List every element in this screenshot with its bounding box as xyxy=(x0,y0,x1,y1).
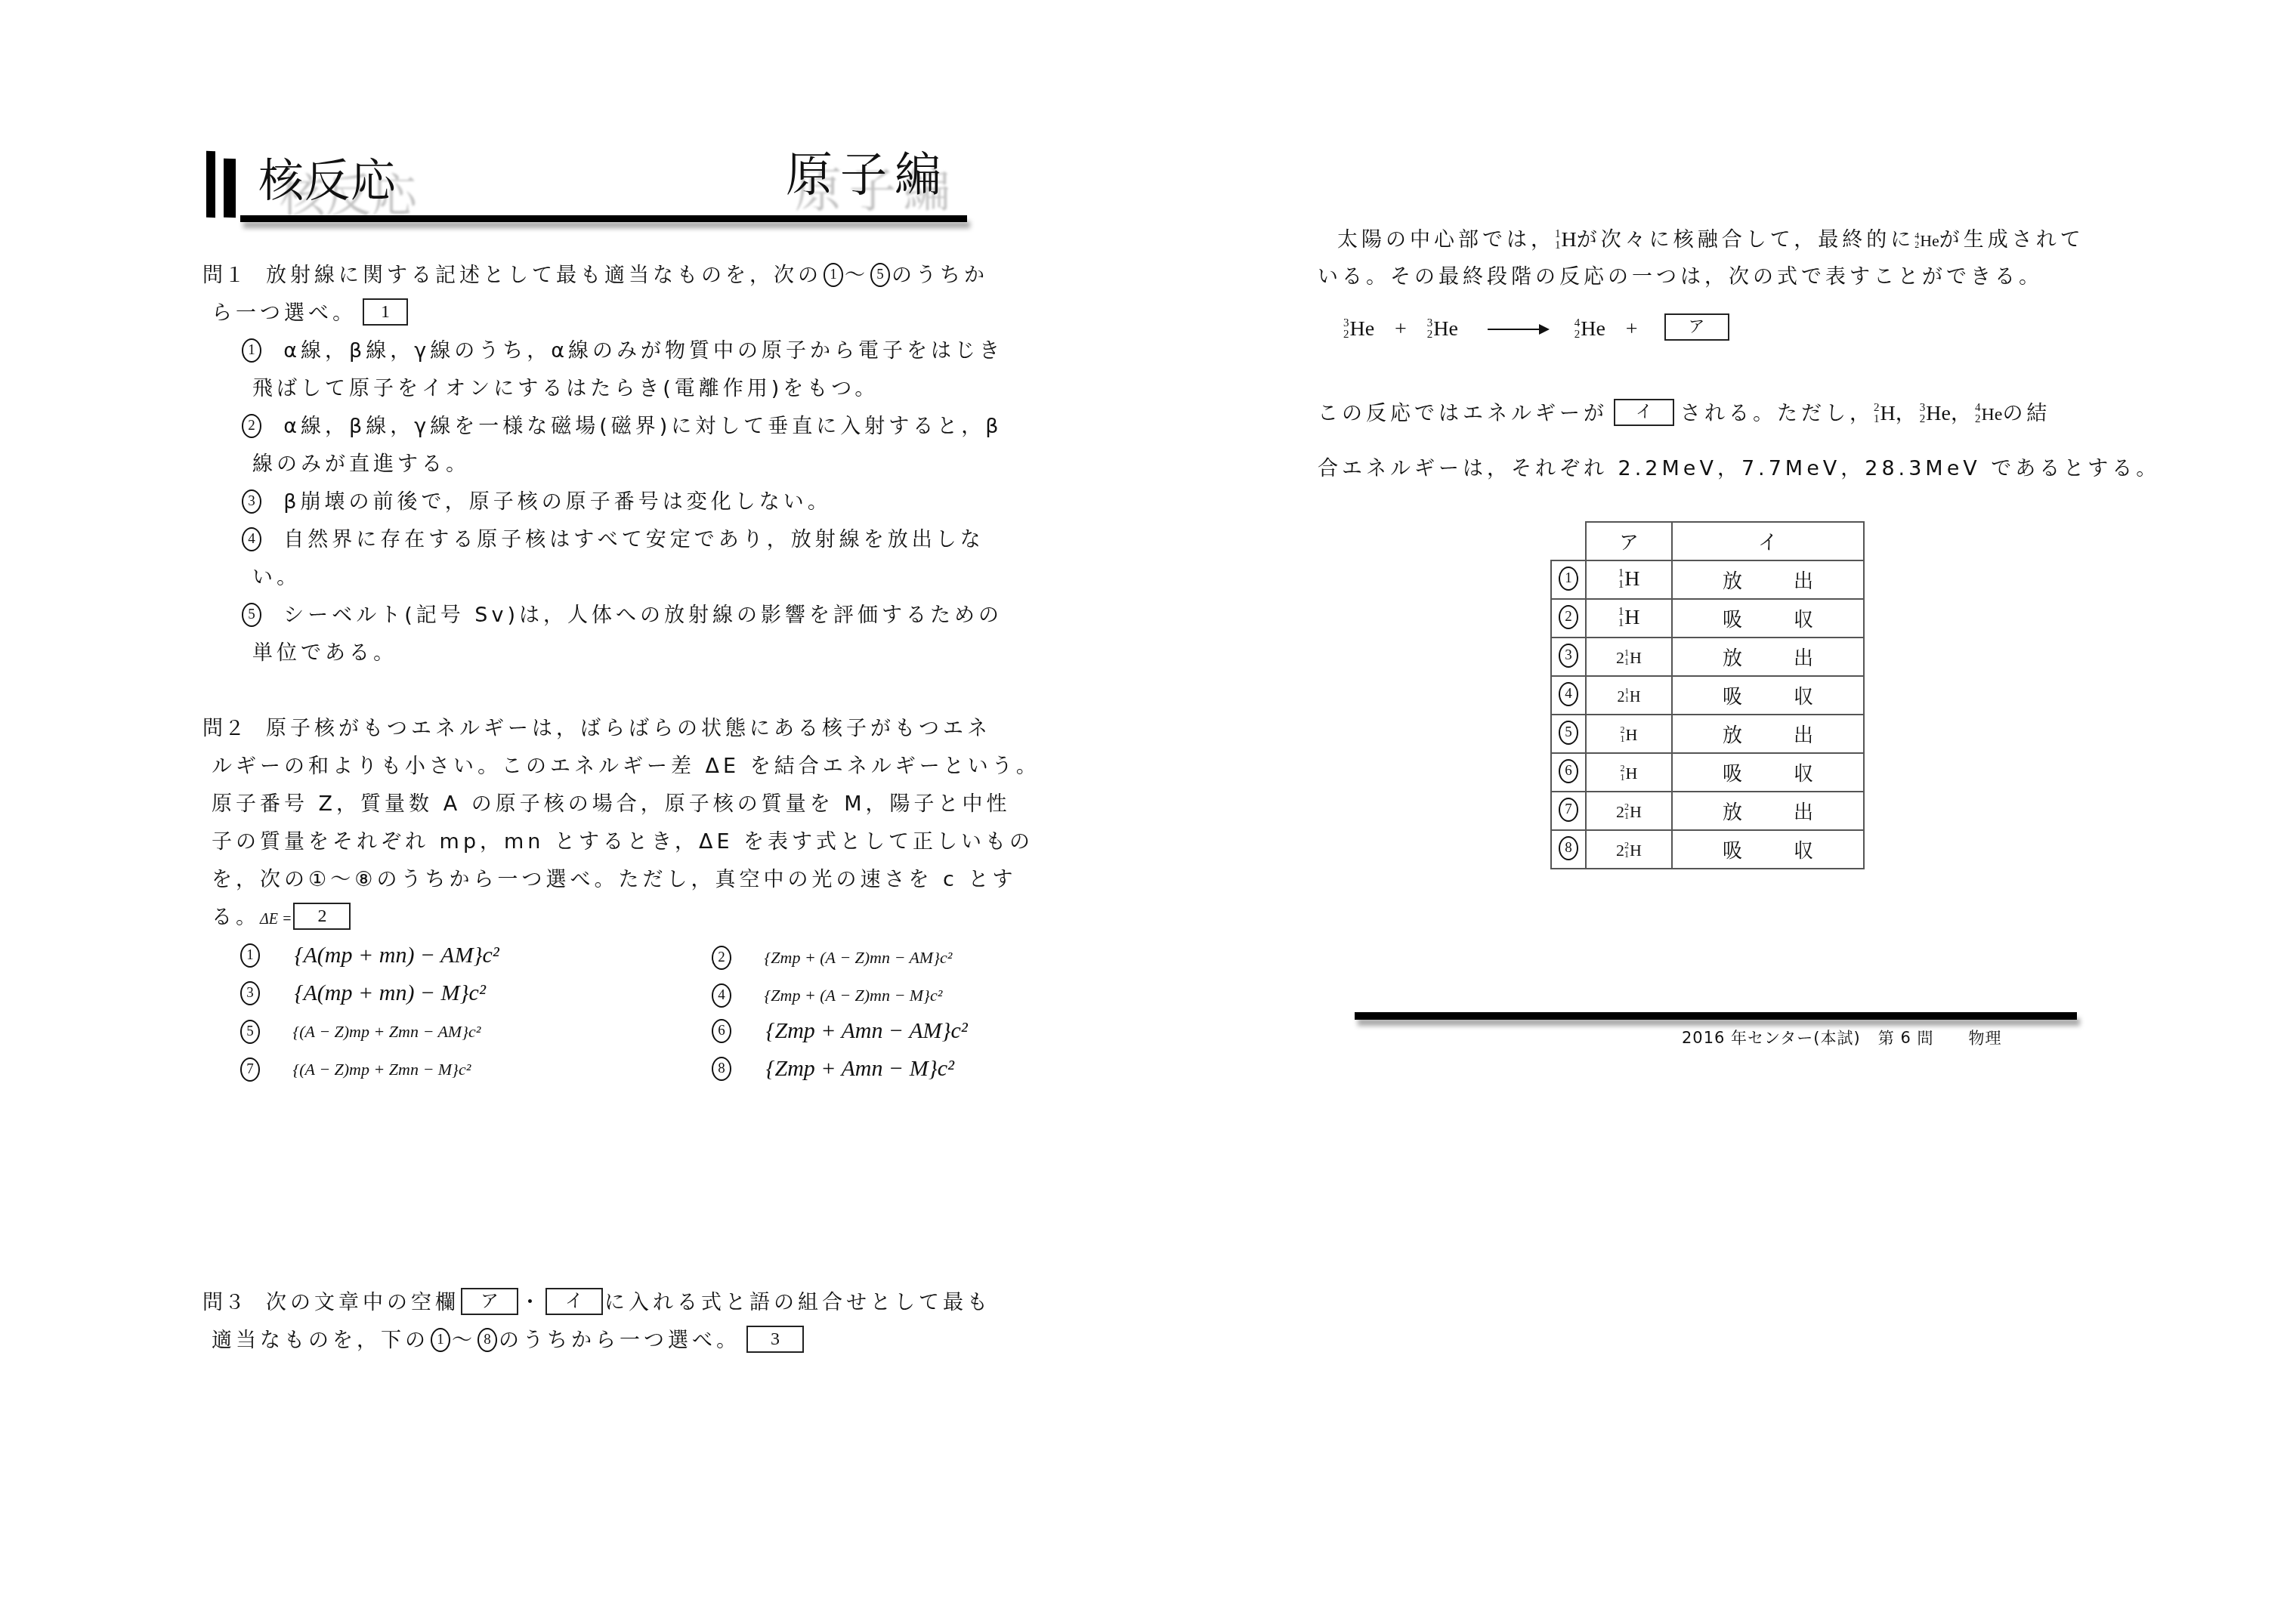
nuclide-h1: 11H xyxy=(1555,221,1577,259)
q2-choice-5[interactable]: 5 {(A − Z)mp + Zmn − AM}c² xyxy=(239,1021,481,1045)
q1-prompt-line2: ら一つ選べ。1 xyxy=(212,295,414,332)
q1-choice-2[interactable]: 2 α線，β線，γ線を一様な磁場(磁界)に対して垂直に入射すると，β xyxy=(240,408,1002,446)
answer-options-table: ア イ 1 11H 放出 2 11H 吸収 3 211H 放出 4 211H 吸… xyxy=(1550,521,1865,869)
passage-text: が生成されて xyxy=(1939,228,2084,252)
circled-number: 4 xyxy=(1559,682,1578,706)
nuclide-he4: 42He xyxy=(1575,317,1605,342)
plus-sign: + xyxy=(1395,317,1407,341)
header-accent-bar xyxy=(206,151,215,218)
q2-choice-8[interactable]: 8 {Zmp + Amn − M}c² xyxy=(710,1056,954,1082)
plus-sign: + xyxy=(1626,317,1638,341)
cell-i: 放出 xyxy=(1672,638,1864,676)
table-row[interactable]: 8 221H 吸収 xyxy=(1551,830,1864,869)
passage-text: 太陽の中心部では， xyxy=(1337,228,1555,252)
circled-number: 3 xyxy=(1559,644,1578,668)
table-header-a: ア xyxy=(1586,522,1672,560)
cell-i: 吸収 xyxy=(1672,599,1864,638)
answer-box-3[interactable]: 3 xyxy=(746,1326,804,1353)
footer-rule xyxy=(1355,1012,2077,1020)
cell-a: 21H xyxy=(1586,715,1672,753)
q3-prompt-line2: 適当なものを，下の1〜8のうちから一つ選べ。3 xyxy=(212,1322,810,1360)
q1-choice-1[interactable]: 1 α線，β線，γ線のうち，α線のみが物質中の原子から電子をはじき xyxy=(240,332,1003,370)
circled-number: 6 xyxy=(712,1019,731,1043)
question-label: 問３ xyxy=(202,1291,246,1314)
circled-number: 7 xyxy=(1559,798,1578,822)
footer-source: 2016 年センター(本試) 第 6 問 物理 xyxy=(1682,1026,2001,1048)
circled-number: 1 xyxy=(824,263,843,287)
passage-text: の結 xyxy=(2002,402,2050,425)
passage-text: が次々に核融合して，最終的に xyxy=(1577,228,1914,252)
q2-prompt-line1: 問２原子核がもつエネルギーは，ばらばらの状態にある核子がもつエネ xyxy=(202,710,991,748)
circled-number: 8 xyxy=(712,1057,731,1081)
circled-number: 8 xyxy=(477,1328,497,1352)
table-header-i: イ xyxy=(1672,522,1864,560)
table-header-cell xyxy=(1551,522,1586,560)
cell-a: 221H xyxy=(1586,830,1672,869)
table-row[interactable]: 6 21H 吸収 xyxy=(1551,753,1864,792)
q1-text: ら一つ選べ。 xyxy=(212,301,357,325)
formula: {A(mp + mn) − AM}c² xyxy=(295,943,499,968)
cell-a: 211H xyxy=(1586,676,1672,715)
q3-text: 適当なものを，下の xyxy=(212,1329,429,1352)
formula: {Zmp + (A − Z)mn − AM}c² xyxy=(765,948,953,967)
table-header-row: ア イ xyxy=(1551,522,1864,560)
circled-number: 2 xyxy=(712,946,731,970)
table-row[interactable]: 4 211H 吸収 xyxy=(1551,676,1864,715)
question-label: 問２ xyxy=(202,717,246,740)
circled-number: 8 xyxy=(1559,836,1578,860)
q1-prompt-line1: 問１放射線に関する記述として最も適当なものを，次の1〜5のうちか xyxy=(202,257,988,295)
cell-a: 211H xyxy=(1586,638,1672,676)
table-row[interactable]: 5 21H 放出 xyxy=(1551,715,1864,753)
table-row[interactable]: 7 221H 放出 xyxy=(1551,792,1864,830)
cell-i: 放出 xyxy=(1672,560,1864,599)
circled-number: 1 xyxy=(431,1328,450,1352)
q2-prompt-line6: る。ΔE =2 xyxy=(212,899,357,938)
cell-i: 放出 xyxy=(1672,715,1864,753)
passage-text: される。ただし， xyxy=(1680,402,1874,425)
nuclide-h2: 21H xyxy=(1874,394,1896,433)
q1-text: 放射線に関する記述として最も適当なものを，次の xyxy=(266,264,822,287)
cell-i: 吸収 xyxy=(1672,676,1864,715)
q3-prompt-line1: 問３次の文章中の空欄ア・イに入れる式と語の組合せとして最も xyxy=(202,1284,991,1322)
nuclide-he3: 32He xyxy=(1343,317,1374,342)
q1-choice-4-cont: い。 xyxy=(252,559,301,597)
q3-text: 次の文章中の空欄 xyxy=(266,1291,459,1314)
cell-i: 吸収 xyxy=(1672,753,1864,792)
q2-choice-1[interactable]: 1 {A(mp + mn) − AM}c² xyxy=(239,943,499,969)
table-row[interactable]: 2 11H 吸収 xyxy=(1551,599,1864,638)
header-rule xyxy=(240,215,967,222)
reaction-arrow-icon xyxy=(1488,329,1548,330)
choice-text: β崩壊の前後で，原子核の原子番号は変化しない。 xyxy=(283,490,832,514)
passage-line3: この反応ではエネルギーがイされる。ただし，21H，32He，42Heの結 xyxy=(1318,394,2050,434)
formula: {Zmp + (A − Z)mn − M}c² xyxy=(765,986,943,1005)
circled-number: 3 xyxy=(240,981,260,1005)
formula: {A(mp + mn) − M}c² xyxy=(295,980,486,1005)
footer-subject: 物理 xyxy=(1968,1029,2001,1047)
header-accent-bar xyxy=(224,159,236,218)
q1-choice-5-cont: 単位である。 xyxy=(252,634,397,672)
formula: {(A − Z)mp + Zmn − AM}c² xyxy=(293,1022,481,1041)
footer-exam: 2016 年センター(本試) xyxy=(1682,1029,1861,1047)
cell-i: 吸収 xyxy=(1672,830,1864,869)
choice-text: 自然界に存在する原子核はすべて安定であり，放射線を放出しな xyxy=(283,528,984,551)
circled-number: 5 xyxy=(1559,721,1578,745)
nuclide-he4: 42He xyxy=(1914,221,1939,260)
circled-number: 6 xyxy=(1559,759,1578,783)
circled-number: 4 xyxy=(712,983,731,1008)
answer-box-1[interactable]: 1 xyxy=(363,298,408,326)
q2-text: 原子核がもつエネルギーは，ばらばらの状態にある核子がもつエネ xyxy=(266,717,991,740)
circled-number: 4 xyxy=(242,527,261,551)
circled-number: 2 xyxy=(1559,605,1578,629)
separator: ・ xyxy=(520,1291,544,1314)
circled-number: 5 xyxy=(870,263,890,287)
question-label: 問１ xyxy=(202,264,246,287)
q2-choice-4[interactable]: 4 {Zmp + (A − Z)mn − M}c² xyxy=(710,985,942,1009)
formula: {Zmp + Amn − AM}c² xyxy=(766,1018,968,1043)
q2-choice-2[interactable]: 2 {Zmp + (A − Z)mn − AM}c² xyxy=(710,947,952,971)
cell-i: 放出 xyxy=(1672,792,1864,830)
formula: {Zmp + Amn − M}c² xyxy=(766,1056,955,1081)
footer-question: 第 6 問 xyxy=(1878,1029,1934,1047)
q1-choice-3[interactable]: 3 β崩壊の前後で，原子核の原子番号は変化しない。 xyxy=(240,483,832,521)
cell-a: 11H xyxy=(1586,560,1672,599)
circled-number: 5 xyxy=(240,1020,260,1044)
passage-text: この反応ではエネルギーが xyxy=(1318,402,1608,425)
blank-i: イ xyxy=(1614,399,1674,426)
reaction-equation: 32He + 32He 42He + ア xyxy=(1343,316,1735,343)
passage-line1: 太陽の中心部では，11Hが次々に核融合して，最終的に42Heが生成されて xyxy=(1337,221,2084,260)
passage-line4: 合エネルギーは，それぞれ 2.2MeV，7.7MeV，28.3MeV であるとす… xyxy=(1318,450,2160,488)
nuclide-he3: 32He xyxy=(1427,317,1458,342)
cell-a: 221H xyxy=(1586,792,1672,830)
q3-text: に入れる式と語の組合せとして最も xyxy=(604,1291,991,1314)
blank-a: ア xyxy=(461,1288,518,1315)
q2-prompt-line4: 子の質量をそれぞれ mp，mn とするとき，ΔE を表す式として正しいもの xyxy=(212,823,1034,861)
circled-number: 5 xyxy=(242,603,261,627)
choice-text: α線，β線，γ線を一様な磁場(磁界)に対して垂直に入射すると，β xyxy=(283,415,1002,438)
formula: {(A − Z)mp + Zmn − M}c² xyxy=(293,1060,471,1079)
q3-text: のうちから一つ選べ。 xyxy=(499,1329,740,1352)
q2-prompt-line2: ルギーの和よりも小さい。このエネルギー差 ΔE を結合エネルギーという。 xyxy=(212,748,1040,786)
circled-number: 1 xyxy=(1559,567,1578,591)
q1-text: のうちか xyxy=(892,264,988,287)
nuclide-he4: 42He xyxy=(1975,394,2002,434)
q2-prompt-line5: を，次の①〜⑧のうちから一つ選べ。ただし，真空中の光の速さを c とす xyxy=(212,861,1016,899)
q2-choice-3[interactable]: 3 {A(mp + mn) − M}c² xyxy=(239,980,486,1007)
answer-prefix: ΔE = xyxy=(260,911,292,928)
q1-choice-2-cont: 線のみが直進する。 xyxy=(252,446,470,483)
q2-prompt-line3: 原子番号 Z，質量数 A の原子核の場合，原子核の質量を M，陽子と中性 xyxy=(212,786,1011,823)
table-row[interactable]: 1 11H 放出 xyxy=(1551,560,1864,599)
choice-text: α線，β線，γ線のうち，α線のみが物質中の原子から電子をはじき xyxy=(283,339,1003,363)
q1-choice-5[interactable]: 5 シーベルト(記号 Sv)は，人体への放射線の影響を評価するための xyxy=(240,597,1003,634)
nuclide-he3: 32He xyxy=(1920,394,1951,433)
answer-box-2[interactable]: 2 xyxy=(293,903,351,930)
table-row[interactable]: 3 211H 放出 xyxy=(1551,638,1864,676)
choice-text: シーベルト(記号 Sv)は，人体への放射線の影響を評価するための xyxy=(283,604,1003,627)
blank-i: イ xyxy=(545,1288,603,1315)
page-category: 原子編 xyxy=(786,149,949,202)
circled-number: 7 xyxy=(240,1057,260,1082)
q2-choice-7[interactable]: 7 {(A − Z)mp + Zmn − M}c² xyxy=(239,1059,471,1083)
q2-text: る。 xyxy=(212,906,260,929)
circled-number: 1 xyxy=(240,943,260,968)
circled-number: 3 xyxy=(242,489,261,514)
passage-line2: いる。その最終段階の反応の一つは，次の式で表すことができる。 xyxy=(1318,258,2043,296)
circled-number: 2 xyxy=(242,414,261,438)
q1-choice-1-cont: 飛ばして原子をイオンにするはたらき(電離作用)をもつ。 xyxy=(252,370,879,408)
cell-a: 11H xyxy=(1586,599,1672,638)
blank-a: ア xyxy=(1664,313,1729,341)
q2-choice-6[interactable]: 6 {Zmp + Amn − AM}c² xyxy=(710,1018,968,1045)
q1-choice-4[interactable]: 4 自然界に存在する原子核はすべて安定であり，放射線を放出しな xyxy=(240,521,984,559)
circled-number: 1 xyxy=(242,338,261,363)
cell-a: 21H xyxy=(1586,753,1672,792)
page-title: 核反応 xyxy=(258,155,397,208)
